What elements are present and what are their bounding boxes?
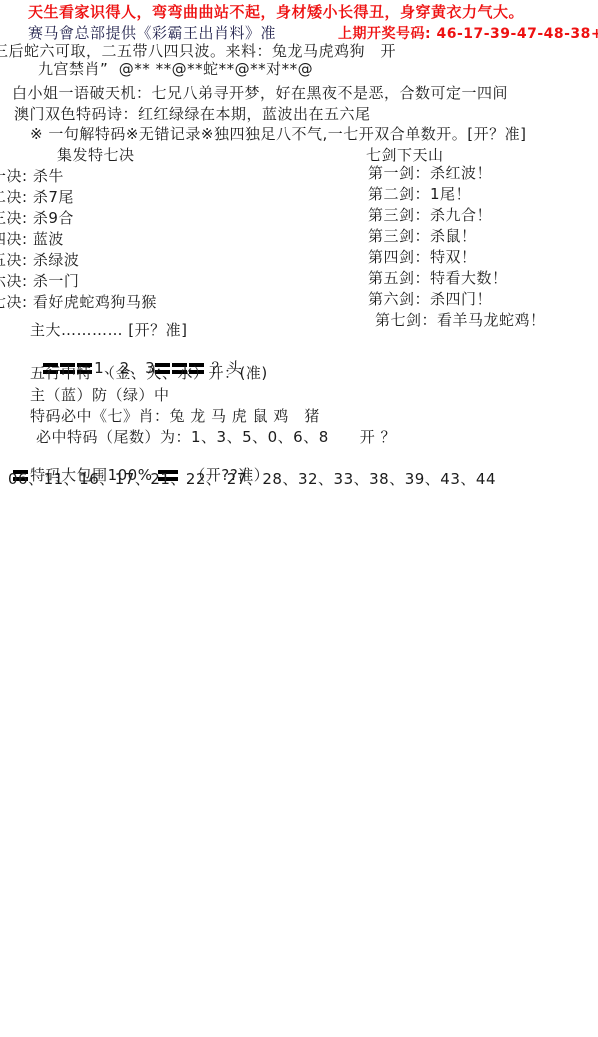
macau-poem-line: 澳门双色特码诗：红红绿绿在本期，蓝波出在五六尾: [14, 106, 371, 123]
lottery-tip-sheet: 天生看家识得人，弯弯曲曲站不起，身材矮小长得丑，身穿黄衣力气大。 赛马會总部提供…: [0, 0, 598, 1037]
wave-tip-line: 三后蛇六可取，二五带八四只波。来料：兔龙马虎鸡狗 开: [0, 43, 396, 60]
left-column-list: 一决: 杀牛二决: 杀7尾三决: 杀9合四决: 蓝波五决: 杀绿波六决: 杀一门…: [0, 166, 157, 313]
right-column-list: 第一剑：杀红波！第二剑：1尾！第三剑：杀九合！第三剑：杀鼠！第四剑：特双！第五剑…: [368, 163, 546, 331]
list-item: 一决: 杀牛: [0, 166, 157, 187]
list-item: 第四剑：特双！: [368, 247, 546, 268]
right-column-title: 七剑下天山: [366, 147, 444, 164]
provider-line: 赛马會总部提供《彩霸王出肖料》准: [28, 25, 276, 42]
list-item: 第一剑：杀红波！: [368, 163, 546, 184]
wuxing-line: 五行中特 （金、火、水）开：(准): [30, 365, 268, 382]
list-item: 第六剑：杀四门！: [368, 289, 546, 310]
riddle-line: 天生看家识得人，弯弯曲曲站不起，身材矮小长得丑，身穿黄衣力气大。: [28, 4, 524, 21]
list-item: 五决: 杀绿波: [0, 250, 157, 271]
yiju-jiete-line: ※ 一句解特码※无错记录※独四独足八不气,一七开双合单数开。[开？准]: [30, 126, 526, 143]
numbers-line: 06、11、16、17、21、22、 27、28、32、33、38、39、43、…: [8, 471, 496, 488]
list-item: 第三剑：杀九合！: [368, 205, 546, 226]
list-item: 第五剑：特看大数！: [368, 268, 546, 289]
jiugong-line: 九宫禁肖” @** **@**蛇**@**对**@: [38, 61, 313, 78]
zhufang-line: 主（蓝）防（绿）中: [30, 387, 170, 404]
list-item: 六决: 杀一门: [0, 271, 157, 292]
bizhong-xiao-line: 特码必中《七》肖：兔 龙 马 虎 鼠 鸡 猪: [30, 408, 320, 425]
list-item: 七决: 看好虎蛇鸡狗马猴: [0, 292, 157, 313]
bizhong-wei-line: 必中特码（尾数）为：1、3、5、0、6、8 开 ？: [36, 429, 396, 446]
list-item: 二决: 杀7尾: [0, 187, 157, 208]
last-draw-numbers: 上期开奖号码: 46-17-39-47-48-38+19: [338, 26, 598, 43]
list-item: 第二剑：1尾！: [368, 184, 546, 205]
list-item: 第三剑：杀鼠！: [368, 226, 546, 247]
left-column-title: 集发特七决: [57, 147, 135, 164]
list-item: 第七剑：看羊马龙蛇鸡！: [368, 310, 546, 331]
zhuda-line: 主大………… [开？准]: [30, 322, 187, 339]
list-item: 四决: 蓝波: [0, 229, 157, 250]
baixiaojie-line: 白小姐一语破天机：七兄八弟寻开梦，好在黑夜不是恶，合数可定一四间: [12, 85, 508, 102]
list-item: 三决: 杀9合: [0, 208, 157, 229]
